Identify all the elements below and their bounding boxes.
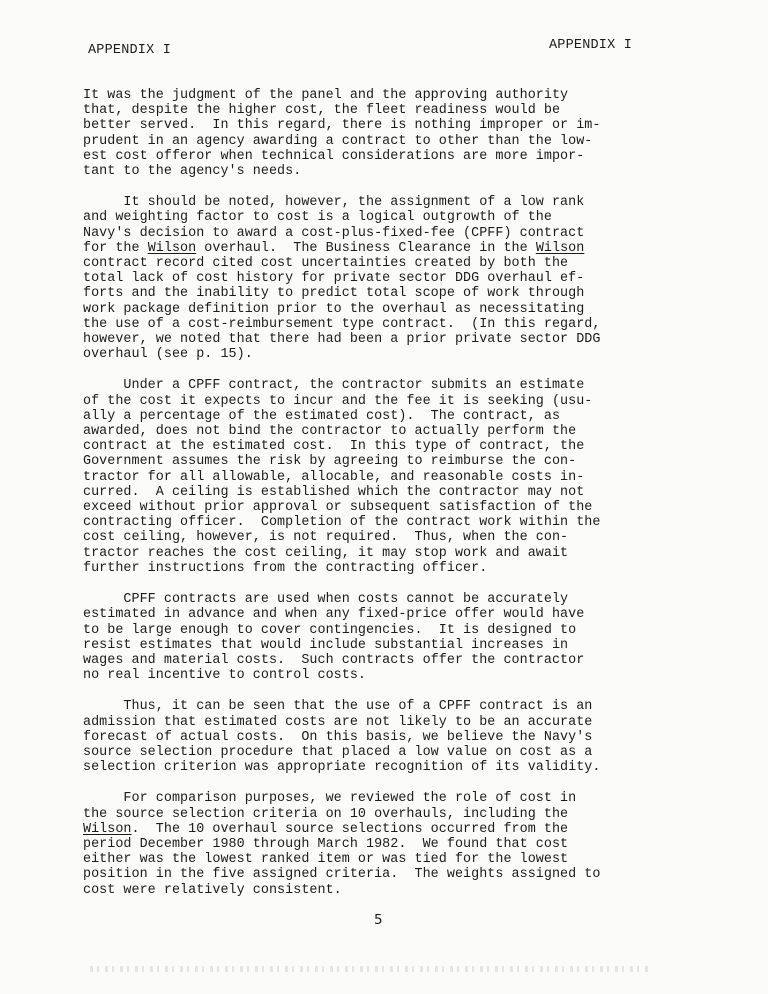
text-line: estimated in advance and when any fixed-… bbox=[83, 607, 683, 622]
text-line: forts and the inability to predict total… bbox=[83, 286, 683, 301]
text-line: period December 1980 through March 1982.… bbox=[83, 837, 683, 852]
text-line: total lack of cost history for private s… bbox=[83, 271, 683, 286]
text-line: CPFF contracts are used when costs canno… bbox=[83, 592, 683, 607]
text-line: however, we noted that there had been a … bbox=[83, 332, 683, 347]
text-line: prudent in an agency awarding a contract… bbox=[83, 134, 683, 149]
text-line: forecast of actual costs. On this basis,… bbox=[83, 730, 683, 745]
underlined-term: Wilson bbox=[83, 822, 132, 837]
text-line: tractor for all allowable, allocable, an… bbox=[83, 470, 683, 485]
text-line: It should be noted, however, the assignm… bbox=[83, 195, 683, 210]
text-line: tant to the agency's needs. bbox=[83, 164, 683, 179]
page-number: 5 bbox=[374, 912, 383, 928]
text-line: work package definition prior to the ove… bbox=[83, 302, 683, 317]
text-line: Navy's decision to award a cost-plus-fix… bbox=[83, 226, 683, 241]
text-line: further instructions from the contractin… bbox=[83, 561, 683, 576]
running-header-right: APPENDIX I bbox=[549, 38, 632, 53]
text-line: tractor reaches the cost ceiling, it may… bbox=[83, 546, 683, 561]
text-line: contract at the estimated cost. In this … bbox=[83, 439, 683, 454]
text-line: curred. A ceiling is established which t… bbox=[83, 485, 683, 500]
text-line: admission that estimated costs are not l… bbox=[83, 715, 683, 730]
paragraph-comparison: For comparison purposes, we reviewed the… bbox=[83, 791, 683, 897]
paragraph-low-rank-cost: It should be noted, however, the assignm… bbox=[83, 195, 683, 362]
text-line: source selection procedure that placed a… bbox=[83, 745, 683, 760]
text-line: contract record cited cost uncertainties… bbox=[83, 256, 683, 271]
paragraph-cpff-contract: Under a CPFF contract, the contractor su… bbox=[83, 378, 683, 576]
text-line: the use of a cost-reimbursement type con… bbox=[83, 317, 683, 332]
text-line: exceed without prior approval or subsequ… bbox=[83, 500, 683, 515]
text-line: for the Wilson overhaul. The Business Cl… bbox=[83, 241, 683, 256]
text-line: either was the lowest ranked item or was… bbox=[83, 852, 683, 867]
text-line: est cost offeror when technical consider… bbox=[83, 149, 683, 164]
text-line: Wilson. The 10 overhaul source selection… bbox=[83, 822, 683, 837]
text-line: For comparison purposes, we reviewed the… bbox=[83, 791, 683, 806]
text-line: ally a percentage of the estimated cost)… bbox=[83, 409, 683, 424]
text-line: of the cost it expects to incur and the … bbox=[83, 394, 683, 409]
text-line: position in the five assigned criteria. … bbox=[83, 867, 683, 882]
paragraph-conclusion: Thus, it can be seen that the use of a C… bbox=[83, 699, 683, 775]
paragraph-panel-judgment: It was the judgment of the panel and the… bbox=[83, 88, 683, 179]
text-line: It was the judgment of the panel and the… bbox=[83, 88, 683, 103]
text-line: Government assumes the risk by agreeing … bbox=[83, 454, 683, 469]
text-line: cost were relatively consistent. bbox=[83, 883, 683, 898]
paragraph-cpff-usage: CPFF contracts are used when costs canno… bbox=[83, 592, 683, 683]
document-page: APPENDIX I APPENDIX I It was the judgmen… bbox=[0, 0, 768, 994]
text-line: cost ceiling, however, is not required. … bbox=[83, 530, 683, 545]
text-line: Thus, it can be seen that the use of a C… bbox=[83, 699, 683, 714]
text-line: to be large enough to cover contingencie… bbox=[83, 623, 683, 638]
text-line: Under a CPFF contract, the contractor su… bbox=[83, 378, 683, 393]
scan-artifact bbox=[90, 966, 650, 972]
text-line: awarded, does not bind the contractor to… bbox=[83, 424, 683, 439]
document-body: It was the judgment of the panel and the… bbox=[83, 88, 683, 914]
text-line: contracting officer. Completion of the c… bbox=[83, 515, 683, 530]
text-line: wages and material costs. Such contracts… bbox=[83, 653, 683, 668]
text-line: and weighting factor to cost is a logica… bbox=[83, 210, 683, 225]
underlined-term: Wilson bbox=[148, 241, 197, 256]
text-line: better served. In this regard, there is … bbox=[83, 118, 683, 133]
text-line: overhaul (see p. 15). bbox=[83, 347, 683, 362]
text-line: no real incentive to control costs. bbox=[83, 668, 683, 683]
text-line: the source selection criteria on 10 over… bbox=[83, 807, 683, 822]
text-line: selection criterion was appropriate reco… bbox=[83, 760, 683, 775]
text-line: resist estimates that would include subs… bbox=[83, 638, 683, 653]
running-header-left: APPENDIX I bbox=[88, 43, 171, 58]
text-line: that, despite the higher cost, the fleet… bbox=[83, 103, 683, 118]
underlined-term: Wilson bbox=[536, 241, 585, 256]
